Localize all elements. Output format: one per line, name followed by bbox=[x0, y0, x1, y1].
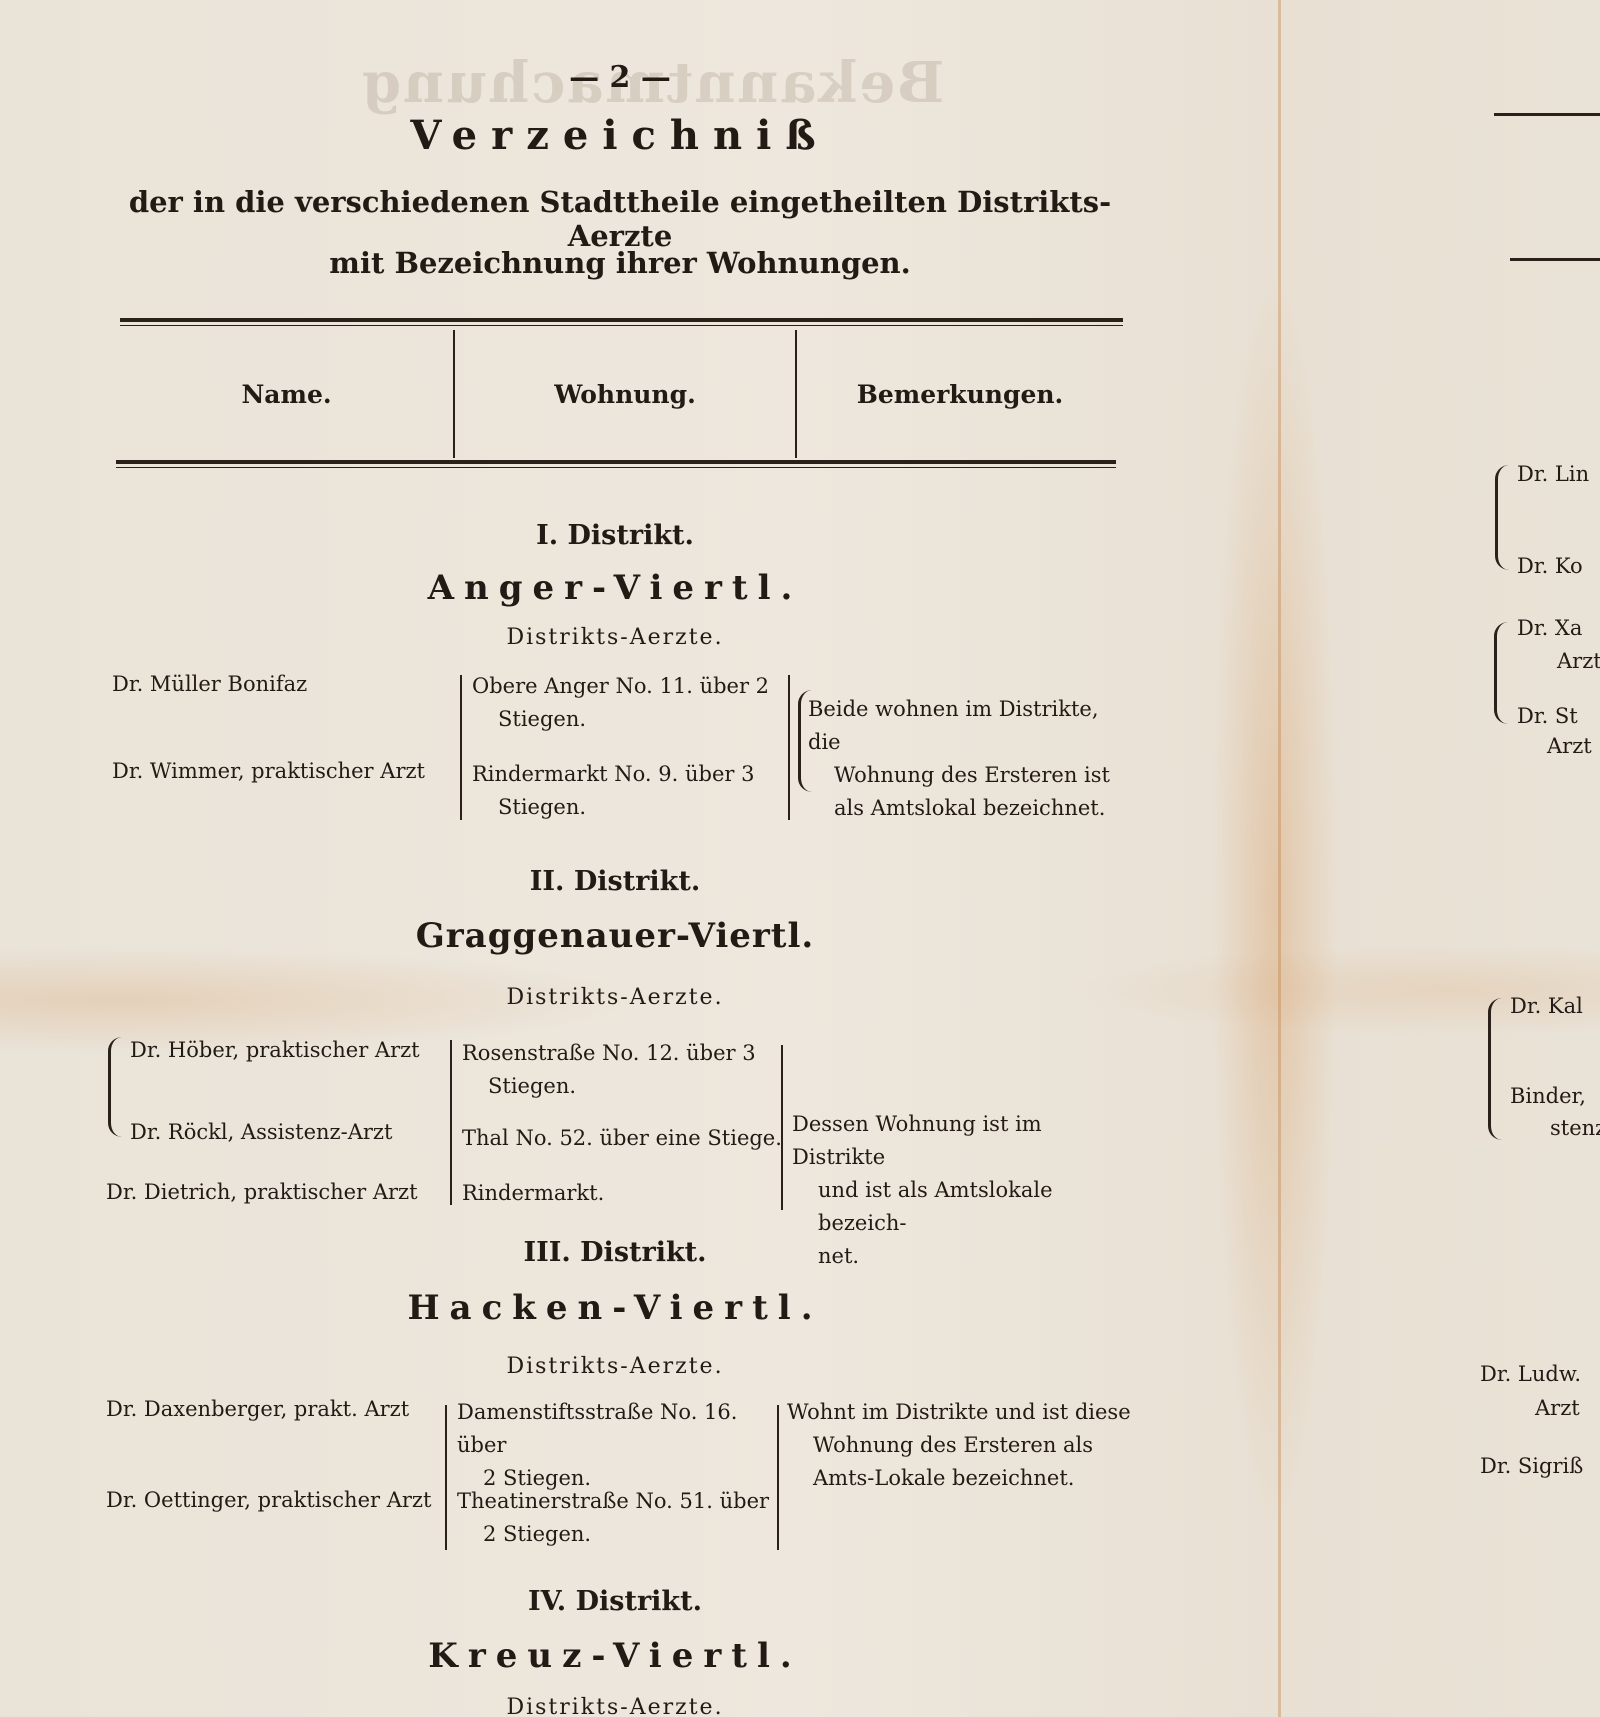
remark: Wohnt im Distrikte und ist diese Wohnung… bbox=[787, 1396, 1132, 1495]
remark-line: als Amtslokal bezeichnet. bbox=[808, 792, 1133, 825]
table-top-rule bbox=[120, 318, 1123, 326]
address-line: Theatinerstraße No. 51. über bbox=[457, 1489, 769, 1513]
address-line: Stiegen. bbox=[472, 703, 792, 736]
doctors-subheading: Distrikts-Aerzte. bbox=[100, 1354, 1130, 1379]
column-header-remarks: Bemerkungen. bbox=[797, 380, 1123, 409]
right-page-entry: Arzt bbox=[1547, 730, 1592, 762]
address-line: Stiegen. bbox=[462, 1070, 782, 1103]
doctor-address: Theatinerstraße No. 51. über 2 Stiegen. bbox=[457, 1485, 777, 1551]
document-title: Verzeichniß bbox=[300, 112, 940, 159]
district-heading: I. Distrikt. bbox=[100, 520, 1130, 551]
document-subtitle-line1: der in die verschiedenen Stadttheile ein… bbox=[110, 185, 1130, 253]
district-heading: II. Distrikt. bbox=[100, 866, 1130, 897]
address-line: Damenstiftsstraße No. 16. über bbox=[457, 1400, 737, 1457]
column-divider bbox=[445, 1405, 447, 1550]
right-page-entry: Arzt bbox=[1557, 645, 1600, 677]
column-divider bbox=[450, 1040, 452, 1205]
right-page-entry: Dr. Lin bbox=[1517, 458, 1589, 490]
doctor-address: Rindermarkt No. 9. über 3 Stiegen. bbox=[472, 758, 792, 824]
right-page-entry: Arzt bbox=[1535, 1392, 1580, 1424]
right-page-entry: Dr. Kal bbox=[1510, 990, 1583, 1022]
address-line: Stiegen. bbox=[472, 791, 792, 824]
doctor-address: Rosenstraße No. 12. über 3 Stiegen. bbox=[462, 1037, 782, 1103]
column-header-name: Name. bbox=[120, 380, 453, 409]
remark-line: Wohnt im Distrikte und ist diese bbox=[787, 1400, 1131, 1424]
doctors-subheading: Distrikts-Aerzte. bbox=[100, 625, 1130, 650]
remark-line: Amts-Lokale bezeichnet. bbox=[787, 1462, 1132, 1495]
doctor-address: Obere Anger No. 11. über 2 Stiegen. bbox=[472, 670, 792, 736]
district-heading: III. Distrikt. bbox=[100, 1237, 1130, 1268]
brace-icon bbox=[108, 1037, 125, 1137]
column-divider bbox=[460, 675, 462, 820]
right-page-entry: Dr. Xa bbox=[1517, 612, 1582, 644]
brace-icon bbox=[1495, 465, 1512, 570]
right-page-entry: Dr. Sigriß bbox=[1480, 1450, 1583, 1482]
doctor-address: Thal No. 52. über eine Stiege. bbox=[462, 1122, 782, 1155]
column-divider bbox=[781, 1045, 783, 1210]
doctors-subheading: Distrikts-Aerzte. bbox=[100, 1695, 1130, 1717]
right-page-entry: stenz bbox=[1550, 1112, 1600, 1144]
address-line: Obere Anger No. 11. über 2 bbox=[472, 674, 769, 698]
doctor-name: Dr. Oettinger, praktischer Arzt bbox=[106, 1484, 431, 1517]
remark-line: Beide wohnen im Distrikte, die bbox=[808, 697, 1099, 754]
right-page-entry: Dr. Ludw. bbox=[1480, 1358, 1581, 1390]
right-page-rule bbox=[1510, 258, 1600, 261]
doctor-name: Dr. Höber, praktischer Arzt bbox=[130, 1034, 420, 1067]
column-divider bbox=[788, 675, 790, 820]
doctor-name: Dr. Müller Bonifaz bbox=[112, 668, 307, 701]
doctor-address: Rindermarkt. bbox=[462, 1177, 782, 1210]
doctor-address: Damenstiftsstraße No. 16. über 2 Stiegen… bbox=[457, 1396, 777, 1495]
paper-fold bbox=[1278, 0, 1281, 1717]
address-line: Rosenstraße No. 12. über 3 bbox=[462, 1041, 756, 1065]
right-page-entry: Dr. St bbox=[1517, 700, 1578, 732]
document-subtitle-line2: mit Bezeichnung ihrer Wohnungen. bbox=[110, 246, 1130, 280]
column-header-address: Wohnung. bbox=[455, 380, 795, 409]
remark: Beide wohnen im Distrikte, die Wohnung d… bbox=[808, 693, 1133, 825]
quarter-heading: Hacken-Viertl. bbox=[100, 1288, 1130, 1328]
page-number: — 2 — bbox=[560, 60, 680, 95]
address-line: 2 Stiegen. bbox=[457, 1518, 777, 1551]
district-heading: IV. Distrikt. bbox=[100, 1586, 1130, 1617]
remark-line: und ist als Amtslokale bezeich- bbox=[792, 1174, 1132, 1240]
right-page-rule bbox=[1494, 113, 1600, 116]
doctor-name: Dr. Dietrich, praktischer Arzt bbox=[106, 1176, 418, 1209]
right-page-entry: Dr. Ko bbox=[1517, 550, 1583, 582]
right-page-entry: Binder, bbox=[1510, 1080, 1586, 1112]
remark-line: Wohnung des Ersteren als bbox=[787, 1429, 1132, 1462]
doctor-name: Dr. Wimmer, praktischer Arzt bbox=[112, 755, 425, 788]
doctor-name: Dr. Röckl, Assistenz-Arzt bbox=[130, 1116, 392, 1149]
brace-icon bbox=[1488, 998, 1505, 1140]
address-line: Rindermarkt No. 9. über 3 bbox=[472, 762, 754, 786]
table-header-bottom-rule bbox=[116, 460, 1116, 468]
doctors-subheading: Distrikts-Aerzte. bbox=[100, 985, 1130, 1010]
quarter-heading: Anger-Viertl. bbox=[100, 568, 1130, 608]
column-divider bbox=[777, 1405, 779, 1550]
brace-icon bbox=[1494, 622, 1511, 724]
remark-line: Wohnung des Ersteren ist bbox=[808, 759, 1133, 792]
quarter-heading: Kreuz-Viertl. bbox=[100, 1636, 1130, 1676]
quarter-heading: Graggenauer-Viertl. bbox=[100, 916, 1130, 956]
doctor-name: Dr. Daxenberger, prakt. Arzt bbox=[106, 1393, 409, 1426]
remark-line: Dessen Wohnung ist im Distrikte bbox=[792, 1112, 1042, 1169]
